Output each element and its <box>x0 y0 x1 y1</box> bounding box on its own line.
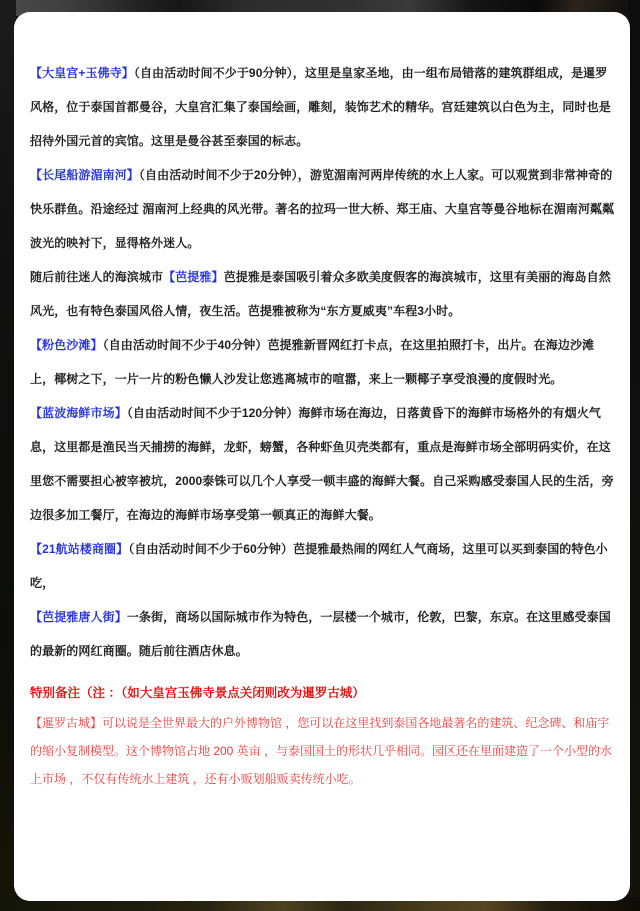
attraction-name-pattaya-chinatown: 【芭提雅唐人街】 <box>30 610 127 624</box>
attraction-name-lanpho-seafood-market: 【蓝波海鲜市场】 <box>30 406 127 420</box>
itinerary-card: 【大皇宫+玉佛寺】（自由活动时间不少于90分钟），这里是皇家圣地，由一组布局错落… <box>14 12 630 901</box>
itinerary-paragraph-grand-palace: 【大皇宫+玉佛寺】（自由活动时间不少于90分钟），这里是皇家圣地，由一组布局错落… <box>30 56 616 158</box>
itinerary-paragraph-terminal21: 【21航站楼商圈】（自由活动时间不少于60分钟）芭提雅最热闹的网红人气商场，这里… <box>30 532 616 600</box>
itinerary-paragraph-lanpho-seafood-market: 【蓝波海鲜市场】（自由活动时间不少于120分钟）海鲜市场在海边，日落黄昏下的海鲜… <box>30 396 616 532</box>
paragraph-text: （自由活动时间不少于40分钟）芭提雅新晋网红打卡点，在这里拍照打卡，出片。在海边… <box>30 338 594 386</box>
attraction-name-pink-beach: 【粉色沙滩】 <box>30 338 103 352</box>
attraction-name-terminal21: 【21航站楼商圈】 <box>30 542 128 556</box>
attraction-name-grand-palace: 【大皇宫+玉佛寺】 <box>30 66 134 80</box>
special-note-heading: 特别备注（注 ：（如大皇宫玉佛寺景点关闭则改为暹罗古城） <box>30 677 616 709</box>
attraction-name-ancient-siam: 【暹罗古城】 <box>30 716 102 730</box>
itinerary-paragraph-pattaya-intro: 随后前往迷人的海滨城市【芭提雅】芭提雅是泰国吸引着众多欧美度假客的海滨城市，这里… <box>30 260 616 328</box>
attraction-name-pattaya: 【芭提雅】 <box>163 270 224 284</box>
itinerary-paragraph-chao-phraya-boat: 【长尾船游湄南河】（自由活动时间不少于20分钟），游览湄南河两岸传统的水上人家。… <box>30 158 616 260</box>
paragraph-text: （自由活动时间不少于120分钟）海鲜市场在海边，日落黄昏下的海鲜市场格外的有烟火… <box>30 406 614 522</box>
note-text: 可以说是全世界最大的户外博物馆 ，您可以在这里找到泰国各地最著名的建筑、纪念碑、… <box>30 716 612 786</box>
special-note-body: 【暹罗古城】可以说是全世界最大的户外博物馆 ，您可以在这里找到泰国各地最著名的建… <box>30 709 616 793</box>
attraction-name-chao-phraya-boat: 【长尾船游湄南河】 <box>30 168 139 182</box>
paragraph-text: 随后前往迷人的海滨城市 <box>30 270 163 284</box>
itinerary-paragraph-pink-beach: 【粉色沙滩】（自由活动时间不少于40分钟）芭提雅新晋网红打卡点，在这里拍照打卡，… <box>30 328 616 396</box>
itinerary-paragraph-pattaya-chinatown: 【芭提雅唐人街】一条街，商场以国际城市作为特色，一层楼一个城市，伦敦，巴黎，东京… <box>30 600 616 668</box>
